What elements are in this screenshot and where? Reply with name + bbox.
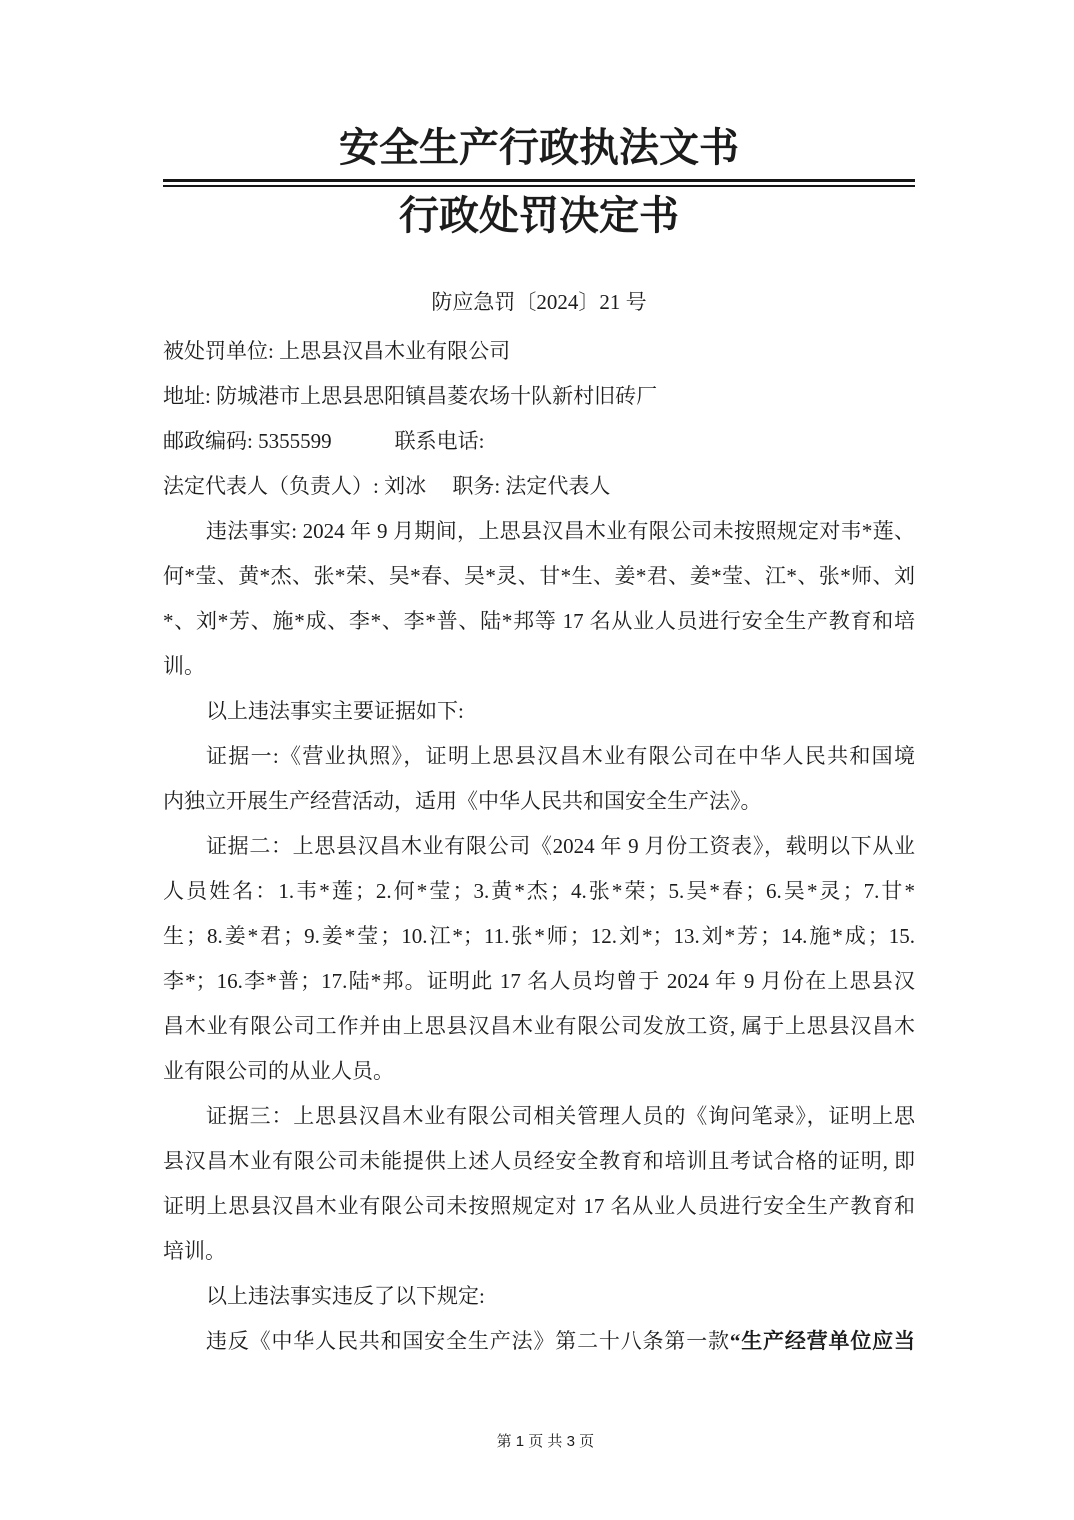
- document-number: 防应急罚〔2024〕21 号: [163, 290, 915, 314]
- text-segment: 地址: 防城港市上思县思阳镇昌菱农场十队新村旧砖厂: [163, 384, 657, 408]
- text-line: 李*；16.李*普；17.陆*邦。证明此 17 名人员均曾于 2024 年 9 …: [163, 959, 915, 1004]
- document-content: 安全生产行政执法文书 行政处罚决定书 防应急罚〔2024〕21 号 被处罚单位:…: [163, 0, 915, 1364]
- text-line: 以上违法事实违反了以下规定:: [163, 1274, 915, 1319]
- text-segment: 内独立开展生产经营活动，适用《中华人民共和国安全生产法》。: [163, 789, 762, 813]
- text-segment: 违反《中华人民共和国安全生产法》第二十八条第一款: [206, 1329, 730, 1353]
- text-segment: 违法事实: 2024 年 9 月期间，上思县汉昌木业有限公司未按照规定对韦*莲、: [206, 519, 915, 543]
- text-line: 证据一:《营业执照》，证明上思县汉昌木业有限公司在中华人民共和国境: [163, 734, 915, 779]
- text-line: 昌木业有限公司工作并由上思县汉昌木业有限公司发放工资, 属于上思县汉昌木: [163, 1004, 915, 1049]
- text-segment: 何*莹、黄*杰、张*荣、吴*春、吴*灵、甘*生、姜*君、姜*莹、江*、张*师、刘: [163, 564, 915, 588]
- text-line: 业有限公司的从业人员。: [163, 1049, 915, 1094]
- text-segment: 生；8.姜*君；9.姜*莹；10.江*；11.张*师；12.刘*；13.刘*芳；…: [163, 924, 915, 948]
- text-segment: 昌木业有限公司工作并由上思县汉昌木业有限公司发放工资, 属于上思县汉昌木: [163, 1014, 915, 1038]
- text-segment: 以上违法事实主要证据如下:: [206, 699, 464, 723]
- text-segment: 人员姓名：1.韦*莲；2.何*莹；3.黄*杰；4.张*荣；5.吴*春；6.吴*灵…: [163, 879, 915, 903]
- text-segment: 李*；16.李*普；17.陆*邦。证明此 17 名人员均曾于 2024 年 9 …: [163, 969, 915, 993]
- text-line: 何*莹、黄*杰、张*荣、吴*春、吴*灵、甘*生、姜*君、姜*莹、江*、张*师、刘: [163, 554, 915, 599]
- text-line: 以上违法事实主要证据如下:: [163, 689, 915, 734]
- text-line: 人员姓名：1.韦*莲；2.何*莹；3.黄*杰；4.张*荣；5.吴*春；6.吴*灵…: [163, 869, 915, 914]
- text-segment: *、刘*芳、施*成、李*、李*普、陆*邦等 17 名从业人员进行安全生产教育和培: [163, 609, 915, 633]
- text-segment: 县汉昌木业有限公司未能提供上述人员经安全教育和培训且考试合格的证明, 即: [163, 1149, 915, 1173]
- text-segment: 被处罚单位: 上思县汉昌木业有限公司: [163, 339, 510, 363]
- page-footer: 第 1 页 共 3 页: [0, 1413, 1074, 1468]
- text-line: 被处罚单位: 上思县汉昌木业有限公司: [163, 329, 915, 374]
- text-segment: 证明上思县汉昌木业有限公司未按照规定对 17 名从业人员进行安全生产教育和: [163, 1194, 915, 1218]
- bold-law-quote-text: “生产经营单位应当: [730, 1329, 915, 1353]
- text-segment: 证据一:《营业执照》，证明上思县汉昌木业有限公司在中华人民共和国境: [206, 744, 915, 768]
- text-segment: 证据二：上思县汉昌木业有限公司《2024 年 9 月份工资表》，载明以下从业: [206, 834, 915, 858]
- text-line: 生；8.姜*君；9.姜*莹；10.江*；11.张*师；12.刘*；13.刘*芳；…: [163, 914, 915, 959]
- page-indicator: 第 1 页 共 3 页: [497, 1433, 595, 1450]
- penalty-decision-document-page: 安全生产行政执法文书 行政处罚决定书 防应急罚〔2024〕21 号 被处罚单位:…: [0, 0, 1074, 1520]
- text-line: 地址: 防城港市上思县思阳镇昌菱农场十队新村旧砖厂: [163, 374, 915, 419]
- text-segment: 培训。: [163, 1239, 226, 1263]
- text-segment: 邮政编码: 5355599 联系电话:: [163, 429, 484, 453]
- text-line: *、刘*芳、施*成、李*、李*普、陆*邦等 17 名从业人员进行安全生产教育和培: [163, 599, 915, 644]
- document-body: 被处罚单位: 上思县汉昌木业有限公司地址: 防城港市上思县思阳镇昌菱农场十队新村…: [163, 329, 915, 1364]
- document-title: 行政处罚决定书: [163, 192, 915, 240]
- text-line: 训。: [163, 644, 915, 689]
- text-line: 培训。: [163, 1229, 915, 1274]
- document-series-title: 安全生产行政执法文书: [163, 124, 915, 172]
- text-line: 违法事实: 2024 年 9 月期间，上思县汉昌木业有限公司未按照规定对韦*莲、: [163, 509, 915, 554]
- text-segment: 证据三：上思县汉昌木业有限公司相关管理人员的《询问笔录》，证明上思: [206, 1104, 915, 1128]
- text-segment: 以上违法事实违反了以下规定:: [206, 1284, 485, 1308]
- text-segment: 训。: [163, 654, 205, 678]
- text-line: 内独立开展生产经营活动，适用《中华人民共和国安全生产法》。: [163, 779, 915, 824]
- text-segment: 法定代表人（负责人）: 刘冰 职务: 法定代表人: [163, 474, 610, 498]
- text-line: 法定代表人（负责人）: 刘冰 职务: 法定代表人: [163, 464, 915, 509]
- text-line: 违反《中华人民共和国安全生产法》第二十八条第一款“生产经营单位应当: [163, 1319, 915, 1364]
- text-line: 邮政编码: 5355599 联系电话:: [163, 419, 915, 464]
- text-line: 证据三：上思县汉昌木业有限公司相关管理人员的《询问笔录》，证明上思: [163, 1094, 915, 1139]
- title-double-rule: [163, 179, 915, 187]
- text-segment: 业有限公司的从业人员。: [163, 1059, 394, 1083]
- text-line: 县汉昌木业有限公司未能提供上述人员经安全教育和培训且考试合格的证明, 即: [163, 1139, 915, 1184]
- text-line: 证据二：上思县汉昌木业有限公司《2024 年 9 月份工资表》，载明以下从业: [163, 824, 915, 869]
- text-line: 证明上思县汉昌木业有限公司未按照规定对 17 名从业人员进行安全生产教育和: [163, 1184, 915, 1229]
